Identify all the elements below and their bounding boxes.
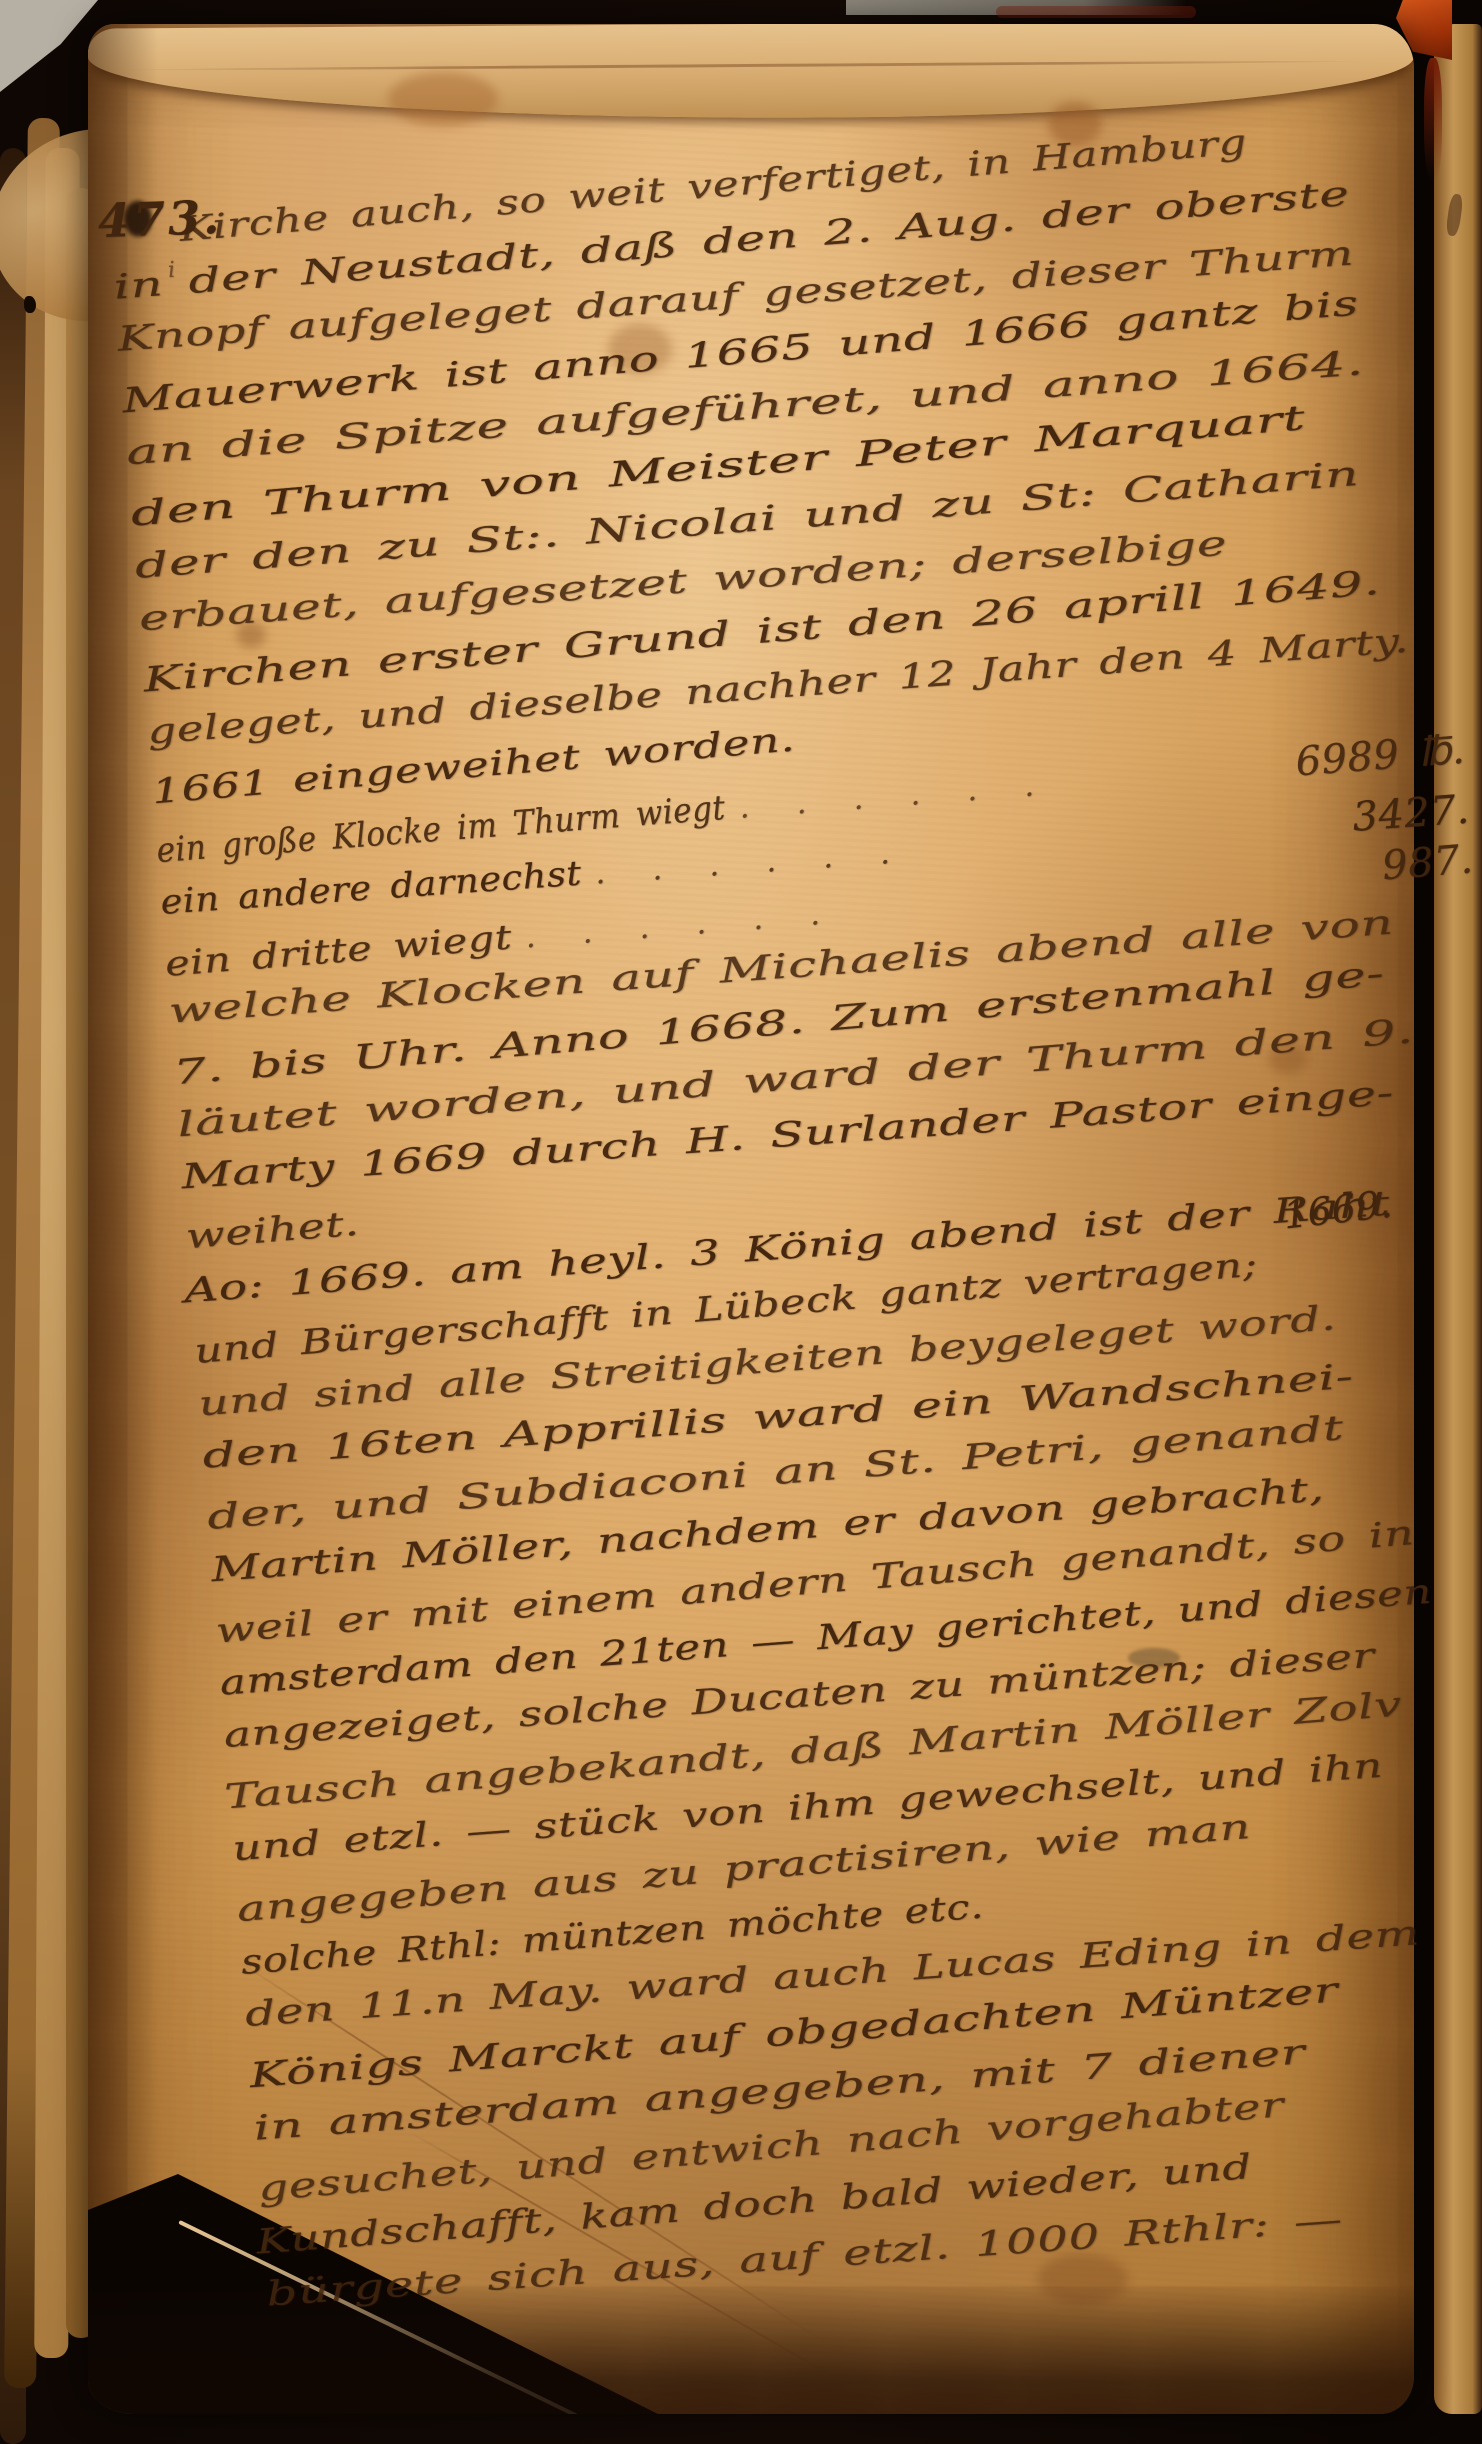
- bell-weight-value: 3427.: [1351, 787, 1471, 841]
- page-top-deckle-edge: [88, 24, 1414, 123]
- page-number-text: 473.: [97, 190, 223, 248]
- page-number: 473.: [97, 190, 223, 248]
- bell-weight-value: 6989 ℔.: [1294, 727, 1466, 786]
- paper-stain: [388, 72, 498, 126]
- handwritten-text-block: 1669. Kirche auch, so weit verfertiget, …: [108, 111, 1482, 2366]
- ink-speck: [24, 296, 36, 313]
- manuscript-photo: 473. i 1669. Kirche auch, so weit verfer…: [0, 0, 1482, 2444]
- bell-weight-value: 987.: [1380, 836, 1474, 889]
- background-surface-patch: [0, 0, 98, 92]
- background-red-smear: [996, 6, 1196, 18]
